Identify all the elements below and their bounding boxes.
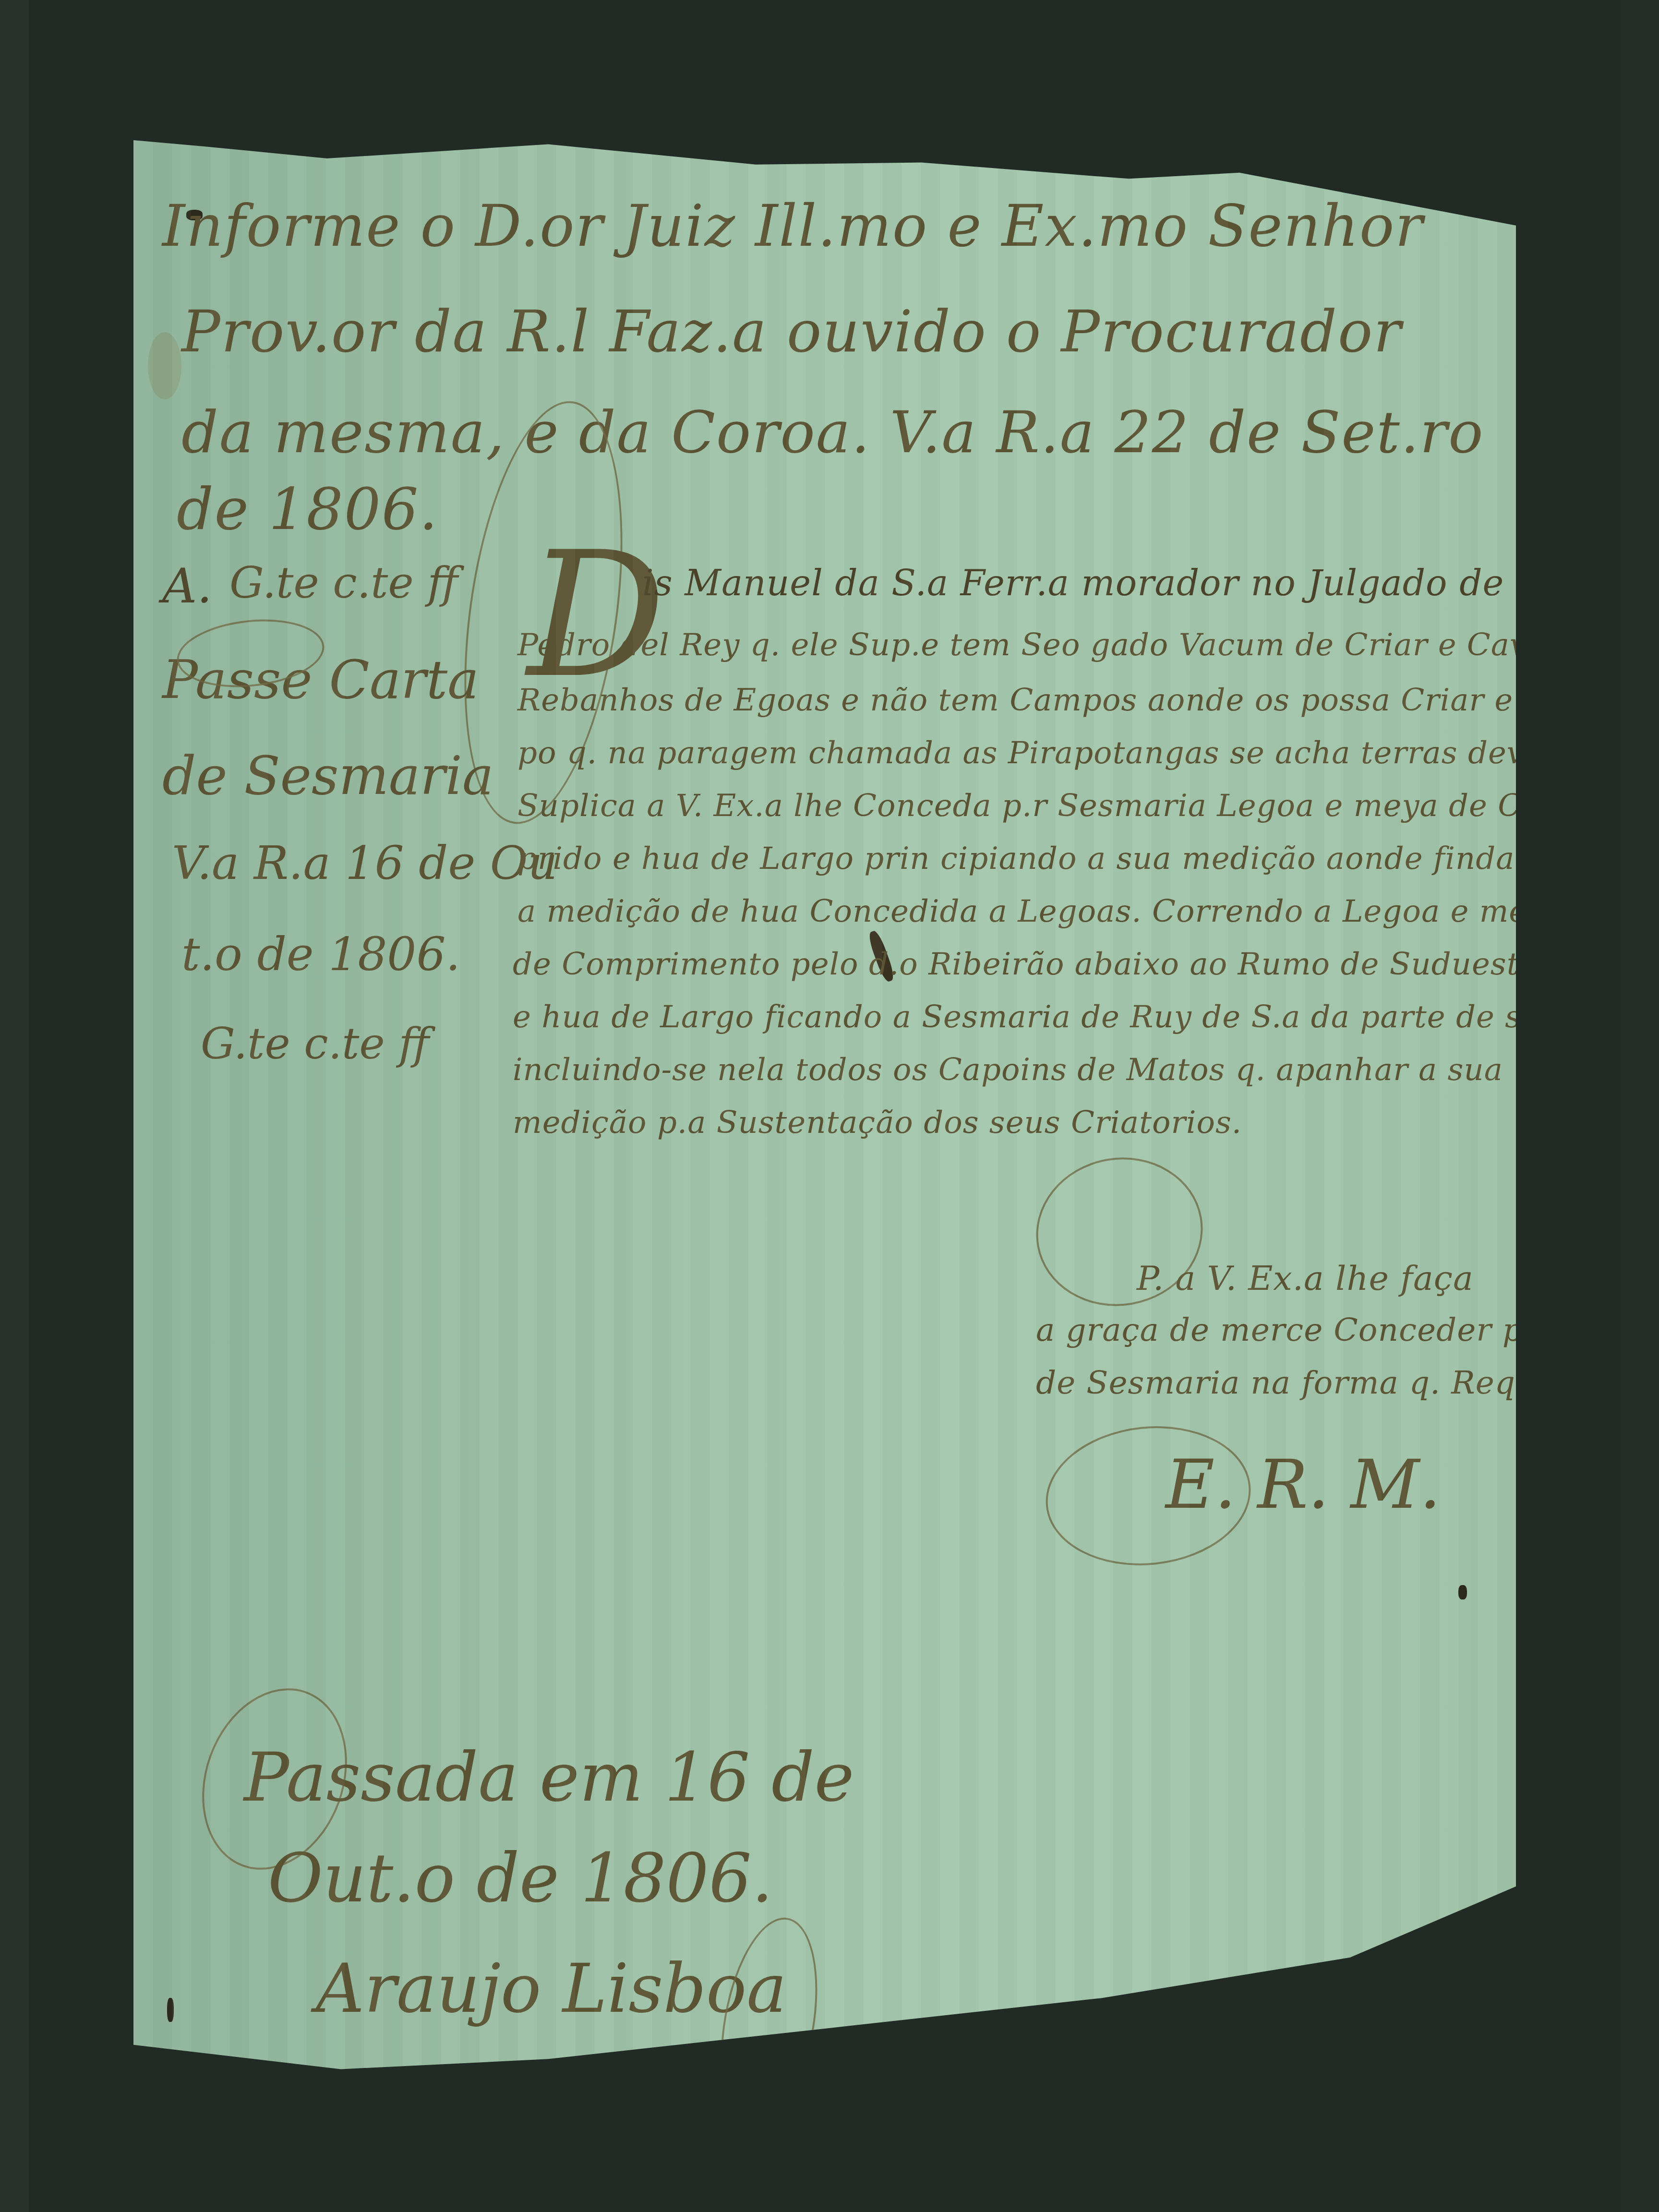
margin-flourish	[174, 613, 328, 694]
dispatch-line-1: Informe o D.or Juiz Ill.mo e Ex.mo Senho…	[162, 193, 1424, 260]
registration-line-2: Out.o de 1806.	[268, 1839, 773, 1918]
margin-line-2: G.te c.te ff	[229, 558, 458, 608]
petition-line-10: incluindo-se nela todos os Capoins de Ma…	[513, 1052, 1503, 1088]
closing-initials: E. R. M.	[1166, 1446, 1441, 1524]
dispatch-line-4: de 1806.	[177, 476, 439, 543]
petition-line-8: de Comprimento pelo d.o Ribeirão abaixo …	[513, 947, 1538, 982]
petition-line-4: po q. na paragem chamada as Pirapotangas…	[517, 735, 1622, 771]
petition-line-3: Rebanhos de Egoas e não tem Campos aonde…	[517, 683, 1513, 718]
petition-line-9: e hua de Largo ficando a Sesmaria de Ruy…	[513, 999, 1580, 1035]
closing-p-flourish	[1024, 1144, 1214, 1319]
petition-line-6: prido e hua de Largo prin cipiando a sua…	[517, 841, 1530, 877]
closing-line-3: de Sesmaria na forma q. Req.r	[1036, 1364, 1542, 1401]
petition-line-2: Pedro del Rey q. ele Sup.e tem Seo gado …	[517, 627, 1551, 663]
paper-stain	[148, 332, 181, 399]
margin-line-3: Passe Carta	[162, 649, 479, 710]
ink-blot	[186, 210, 203, 220]
closing-line-2: a graça de merce Conceder p.a Carta	[1036, 1311, 1656, 1348]
margin-line-1: A.	[162, 558, 212, 614]
decorative-flourish	[441, 391, 647, 834]
registration-signature: Araujo Lisboa	[316, 1950, 787, 2028]
ink-dot	[167, 1998, 174, 2022]
dispatch-line-2: Prov.or da R.l Faz.a ouvido o Procurador	[181, 299, 1402, 365]
closing-line-1: P. a V. Ex.a lhe faça	[1137, 1259, 1474, 1298]
petition-line-11: medição p.a Sustentação dos seus Criator…	[513, 1105, 1242, 1141]
margin-line-7: G.te c.te ff	[201, 1019, 429, 1069]
erm-flourish	[1039, 1416, 1258, 1575]
registration-line-1: Passada em 16 de	[244, 1739, 854, 1817]
dispatch-line-3: da mesma, e da Coroa. V.a R.a 22 de Set.…	[181, 399, 1484, 466]
petition-line-1: is Manuel da S.a Ferr.a morador no Julga…	[642, 563, 1586, 604]
drop-cap: D	[527, 515, 666, 716]
ink-dot	[1458, 1585, 1467, 1599]
registration-flourish	[178, 1668, 371, 1890]
margin-line-6: t.o de 1806.	[181, 927, 460, 981]
margin-line-5: V.a R.a 16 de Ou	[172, 836, 557, 890]
petition-line-5: Suplica a V. Ex.a lhe Conceda p.r Sesmar…	[517, 788, 1570, 824]
ink-blot-center	[866, 929, 896, 983]
manuscript-page: Informe o D.or Juiz Ill.mo e Ex.mo Senho…	[133, 140, 1516, 2171]
petition-line-7: a medição de hua Concedida a Legoas. Cor…	[517, 894, 1564, 929]
background-right-strip	[1621, 0, 1659, 2212]
background-left-strip	[0, 0, 29, 2212]
signature-rubric	[706, 1910, 832, 2138]
margin-line-4: de Sesmaria	[162, 745, 494, 806]
